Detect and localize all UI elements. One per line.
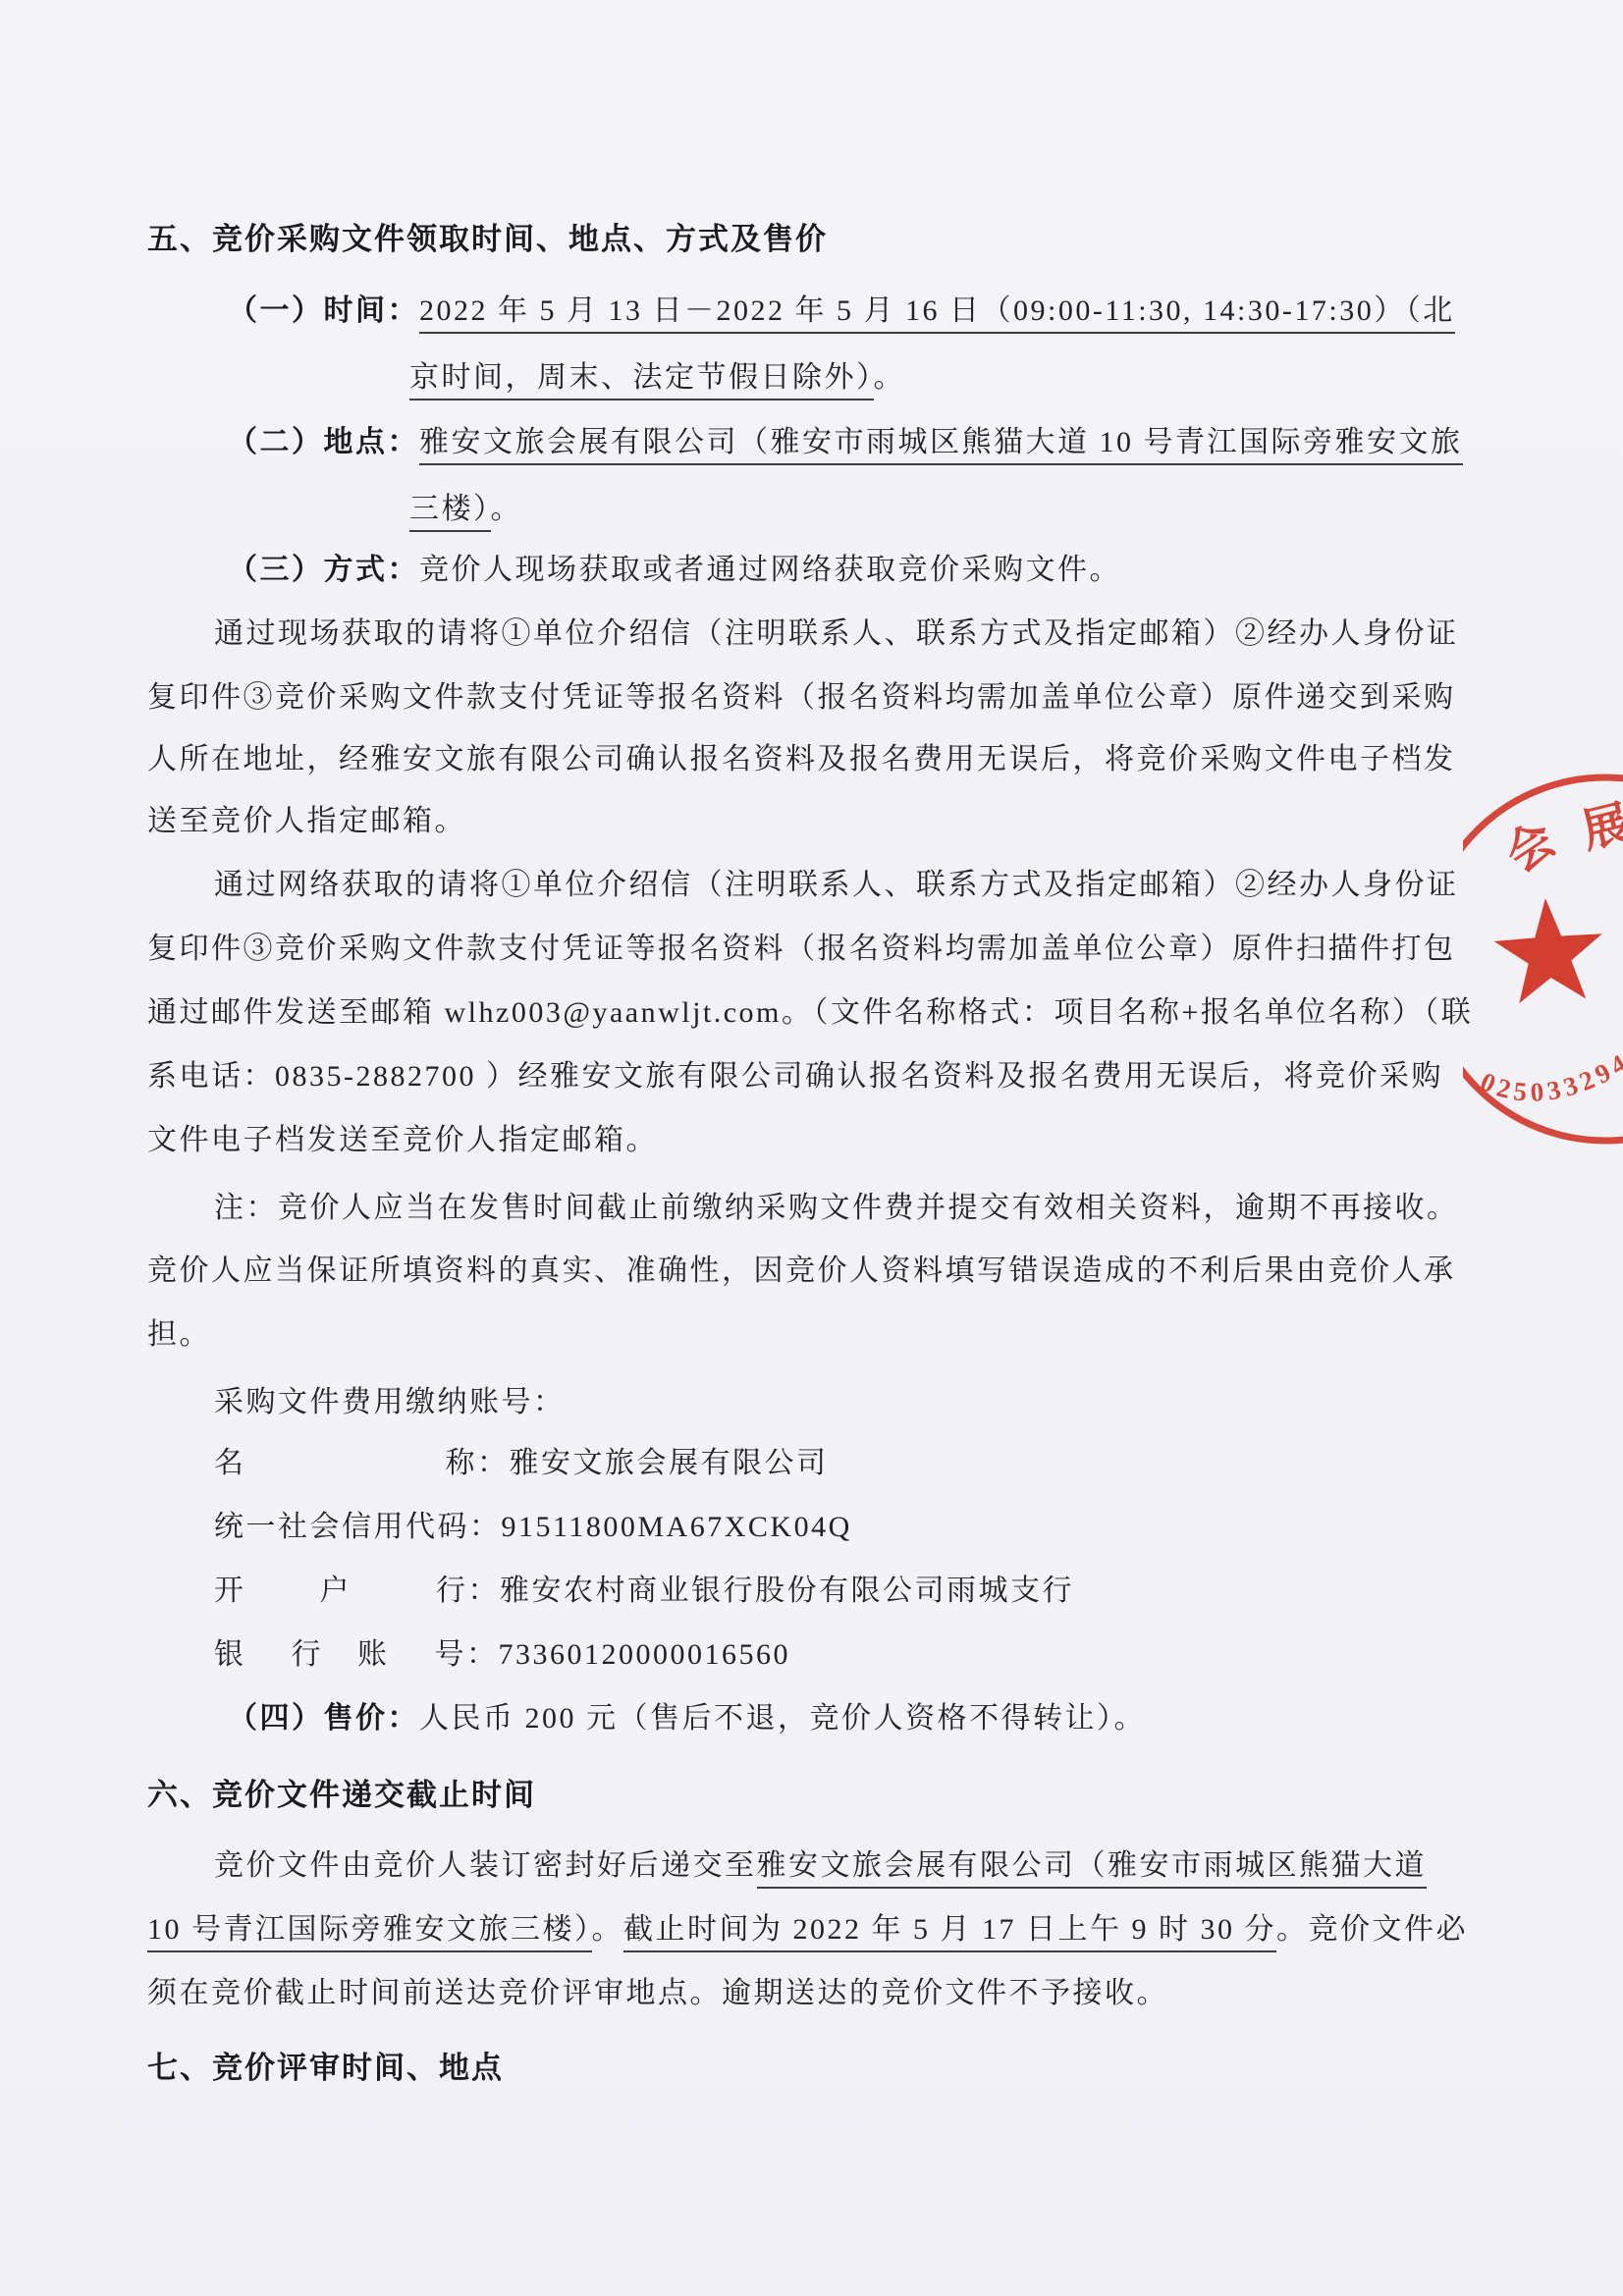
text-segment: 竞价人现场获取或者通过网络获取竞价采购文件。 [419,554,1121,586]
doc-line: （二）地点：雅安文旅会展有限公司（雅安市雨城区熊猫大道 10 号青江国际旁雅安文… [228,422,1463,463]
text-segment: 银 [214,1638,246,1671]
doc-line: 送至竞价人指定邮箱。 [147,801,466,842]
text-segment: 账 [357,1638,390,1671]
text-segment: 通过网络获取的请将①单位介绍信（注明联系人、联系方式及指定邮箱）②经办人身份证 [214,869,1459,901]
text-segment: 注：竞价人应当在发售时间截止前缴纳采购文件费并提交有效相关资料，逾期不再接收。 [214,1192,1459,1224]
text-segment: 须在竞价截止时间前送达竞价评审地点。逾期送达的竞价文件不予接收。 [147,1977,1168,2009]
doc-line: 注：竞价人应当在发售时间截止前缴纳采购文件费并提交有效相关资料，逾期不再接收。 [214,1188,1459,1229]
official-seal: 会 展 有 司 025033294 [1463,764,1623,1166]
doc-line: 统一社会信用代码：91511800MA67XCK04Q [214,1507,852,1548]
text-segment: 。 [491,493,523,525]
text-segment: 复印件③竞价采购文件款支付凭证等报名资料（报名资料均需加盖单位公章）原件递交到采… [147,681,1456,714]
item-label: （二）地点： [228,426,419,458]
item-label: （一）时间： [228,294,419,327]
underlined-text: 京时间，周末、法定节假日除外） [409,361,874,400]
seal-ring-text-partial: 有 [1616,871,1623,938]
text-segment: 通过邮件发送至邮箱 wlhz003@yaanwljt.com。（文件名称格式：项… [147,996,1473,1029]
seal-star-icon [1491,894,1606,1004]
text-segment: 六、竞价文件递交截止时间 [147,1778,536,1812]
text-segment: 人民币 200 元（售后不退，竞价人资格不得转让）。 [419,1702,1146,1735]
text-segment: 担。 [147,1318,211,1351]
text-segment: 竞价文件由竞价人装订密封好后递交至 [214,1849,757,1882]
text-segment: 户 [320,1575,352,1607]
text-segment: 五、竞价采购文件领取时间、地点、方式及售价 [147,222,828,256]
scanned-document-page: 五、竞价采购文件领取时间、地点、方式及售价（一）时间：2022 年 5 月 13… [0,0,1623,2296]
text-segment: 开 [214,1575,246,1607]
doc-line: 文件电子档发送至竞价人指定邮箱。 [147,1120,658,1161]
doc-line: （四）售价：人民币 200 元（售后不退，竞价人资格不得转让）。 [228,1698,1146,1739]
section-heading: 五、竞价采购文件领取时间、地点、方式及售价 [147,219,828,260]
underlined-text: 截止时间为 2022 年 5 月 17 日上午 9 时 30 分 [623,1913,1276,1952]
section-heading: 七、竞价评审时间、地点 [147,2048,504,2089]
doc-line: 复印件③竞价采购文件款支付凭证等报名资料（报名资料均需加盖单位公章）原件扫描件打… [147,929,1456,970]
doc-line: 担。 [147,1314,211,1356]
doc-line: 人所在地址，经雅安文旅有限公司确认报名资料及报名费用无误后，将竞价采购文件电子档… [147,739,1456,780]
doc-line: 开户行：雅安农村商业银行股份有限公司雨城支行 [214,1571,1074,1612]
underlined-text: 10 号青江国际旁雅安文旅三楼） [147,1913,592,1952]
text-segment: 统一社会信用代码：91511800MA67XCK04Q [214,1511,852,1543]
underlined-text: 雅安文旅会展有限公司（雅安市雨城区熊猫大道 [757,1849,1428,1889]
seal-serial-number: 025033294 [1477,1046,1623,1107]
doc-line: 采购文件费用缴纳账号： [214,1382,566,1423]
doc-line: 须在竞价截止时间前送达竞价评审地点。逾期送达的竞价文件不予接收。 [147,1973,1168,2014]
text-segment: 竞价人应当保证所填资料的真实、准确性，因竞价人资料填写错误造成的不利后果由竞价人… [147,1255,1456,1287]
doc-line: （一）时间：2022 年 5 月 13 日－2022 年 5 月 16 日（09… [228,291,1455,332]
text-segment: 复印件③竞价采购文件款支付凭证等报名资料（报名资料均需加盖单位公章）原件扫描件打… [147,933,1456,965]
doc-line: 名称：雅安文旅会展有限公司 [214,1443,829,1484]
underlined-text: 三楼） [409,493,491,532]
text-segment: 送至竞价人指定邮箱。 [147,805,466,837]
doc-line: 三楼）。 [409,489,522,530]
text-segment: 。竞价文件必 [1276,1913,1468,1946]
text-segment: 采购文件费用缴纳账号： [214,1386,566,1418]
seal-ring-text-char: 展 [1577,797,1623,859]
doc-line: 通过现场获取的请将①单位介绍信（注明联系人、联系方式及指定邮箱）②经办人身份证 [214,614,1459,655]
text-segment: 文件电子档发送至竞价人指定邮箱。 [147,1124,658,1156]
text-segment: 通过现场获取的请将①单位介绍信（注明联系人、联系方式及指定邮箱）②经办人身份证 [214,617,1459,650]
doc-line: 竞价人应当保证所填资料的真实、准确性，因竞价人资料填写错误造成的不利后果由竞价人… [147,1251,1456,1292]
doc-line: 京时间，周末、法定节假日除外）。 [409,357,905,399]
underlined-text: 2022 年 5 月 13 日－2022 年 5 月 16 日（09:00-11… [419,294,1455,334]
doc-line: 10 号青江国际旁雅安文旅三楼）。截止时间为 2022 年 5 月 17 日上午… [147,1909,1468,1950]
text-segment: 行：雅安农村商业银行股份有限公司雨城支行 [436,1575,1074,1607]
seal-ring-text-char: 会 [1497,813,1565,882]
item-label: （三）方式： [228,554,419,586]
item-label: （四）售价： [228,1702,419,1735]
doc-line: 复印件③竞价采购文件款支付凭证等报名资料（报名资料均需加盖单位公章）原件递交到采… [147,677,1456,719]
doc-line: 银行账号：73360120000016560 [214,1634,790,1676]
text-segment: 。 [592,1913,624,1946]
doc-line: 竞价文件由竞价人装订密封好后递交至雅安文旅会展有限公司（雅安市雨城区熊猫大道 [214,1845,1427,1887]
text-segment: 号：73360120000016560 [435,1638,791,1671]
doc-line: 通过网络获取的请将①单位介绍信（注明联系人、联系方式及指定邮箱）②经办人身份证 [214,865,1459,906]
underlined-text: 雅安文旅会展有限公司（雅安市雨城区熊猫大道 10 号青江国际旁雅安文旅 [419,426,1463,465]
text-segment: 名 [214,1447,246,1479]
text-segment: 称：雅安文旅会展有限公司 [446,1447,829,1479]
doc-line: （三）方式：竞价人现场获取或者通过网络获取竞价采购文件。 [228,550,1121,591]
text-segment: 行 [292,1638,324,1671]
doc-line: 系电话：0835-2882700 ）经雅安文旅有限公司确认报名资料及报名费用无误… [147,1056,1443,1097]
text-segment: 系电话：0835-2882700 ）经雅安文旅有限公司确认报名资料及报名费用无误… [147,1060,1443,1093]
text-segment: 人所在地址，经雅安文旅有限公司确认报名资料及报名费用无误后，将竞价采购文件电子档… [147,743,1456,775]
text-segment: 。 [874,361,906,394]
text-segment: 七、竞价评审时间、地点 [147,2051,504,2085]
seal-serial-text: 025033294 [1477,1046,1623,1107]
doc-line: 通过邮件发送至邮箱 wlhz003@yaanwljt.com。（文件名称格式：项… [147,992,1473,1034]
section-heading: 六、竞价文件递交截止时间 [147,1775,536,1816]
